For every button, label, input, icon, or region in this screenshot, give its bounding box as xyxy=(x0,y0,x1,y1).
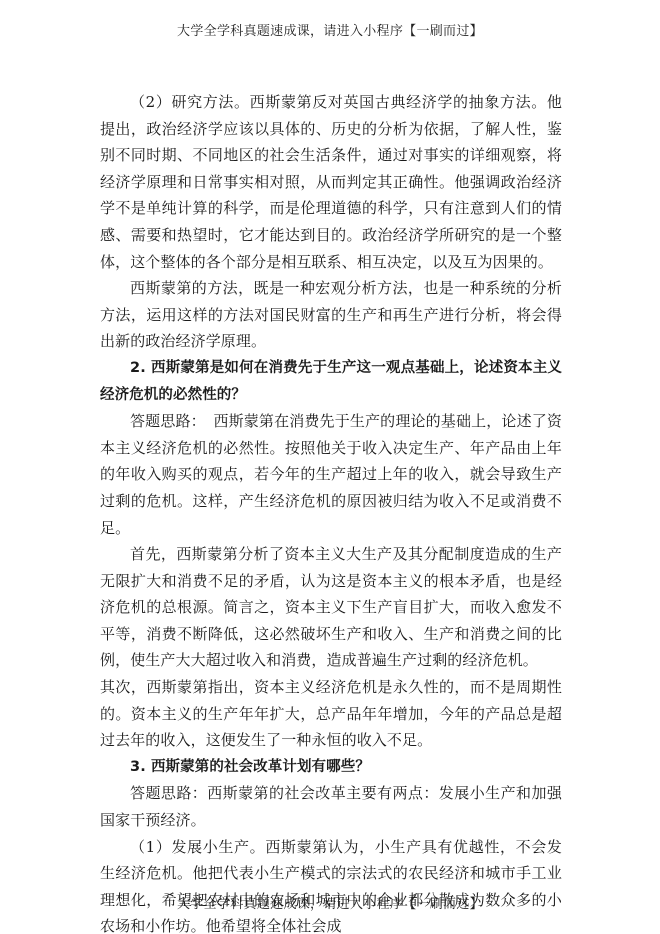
paragraph-second-point: 其次，西斯蒙第指出，资本主义经济危机是永久性的，而不是周期性的。资本主义的生产年… xyxy=(100,674,562,754)
page-footer-banner: 大学全学科真题速成课，请进入小程序【一刷而过】 xyxy=(0,893,660,912)
paragraph-research-method: （2）研究方法。西斯蒙第反对英国古典经济学的抽象方法。他提出，政治经济学应该以具… xyxy=(100,89,562,275)
paragraph-answer-approach-3: 答题思路：西斯蒙第的社会改革主要有两点：发展小生产和加强国家干预经济。 xyxy=(100,780,562,833)
document-body: （2）研究方法。西斯蒙第反对英国古典经济学的抽象方法。他提出，政治经济学应该以具… xyxy=(100,89,562,934)
paragraph-small-production: （1）发展小生产。西斯蒙第认为，小生产具有优越性，不会发生经济危机。他把代表小生… xyxy=(100,834,562,934)
paragraph-answer-approach-2: 答题思路： 西斯蒙第在消费先于生产的理论的基础上，论述了资本主义经济危机的必然性… xyxy=(100,408,562,541)
paragraph-first-point: 首先，西斯蒙第分析了资本主义大生产及其分配制度造成的生产无限扩大和消费不足的矛盾… xyxy=(100,541,562,674)
page-header-banner: 大学全学科真题速成课，请进入小程序【一刷而过】 xyxy=(0,20,660,39)
question-heading-3: 3. 西斯蒙第的社会改革计划有哪些？ xyxy=(100,754,562,781)
paragraph-sismondi-method: 西斯蒙第的方法，既是一种宏观分析方法，也是一种系统的分析方法，运用这样的方法对国… xyxy=(100,275,562,355)
question-heading-2: 2. 西斯蒙第是如何在消费先于生产这一观点基础上，论述资本主义经济危机的必然性的… xyxy=(100,355,562,408)
